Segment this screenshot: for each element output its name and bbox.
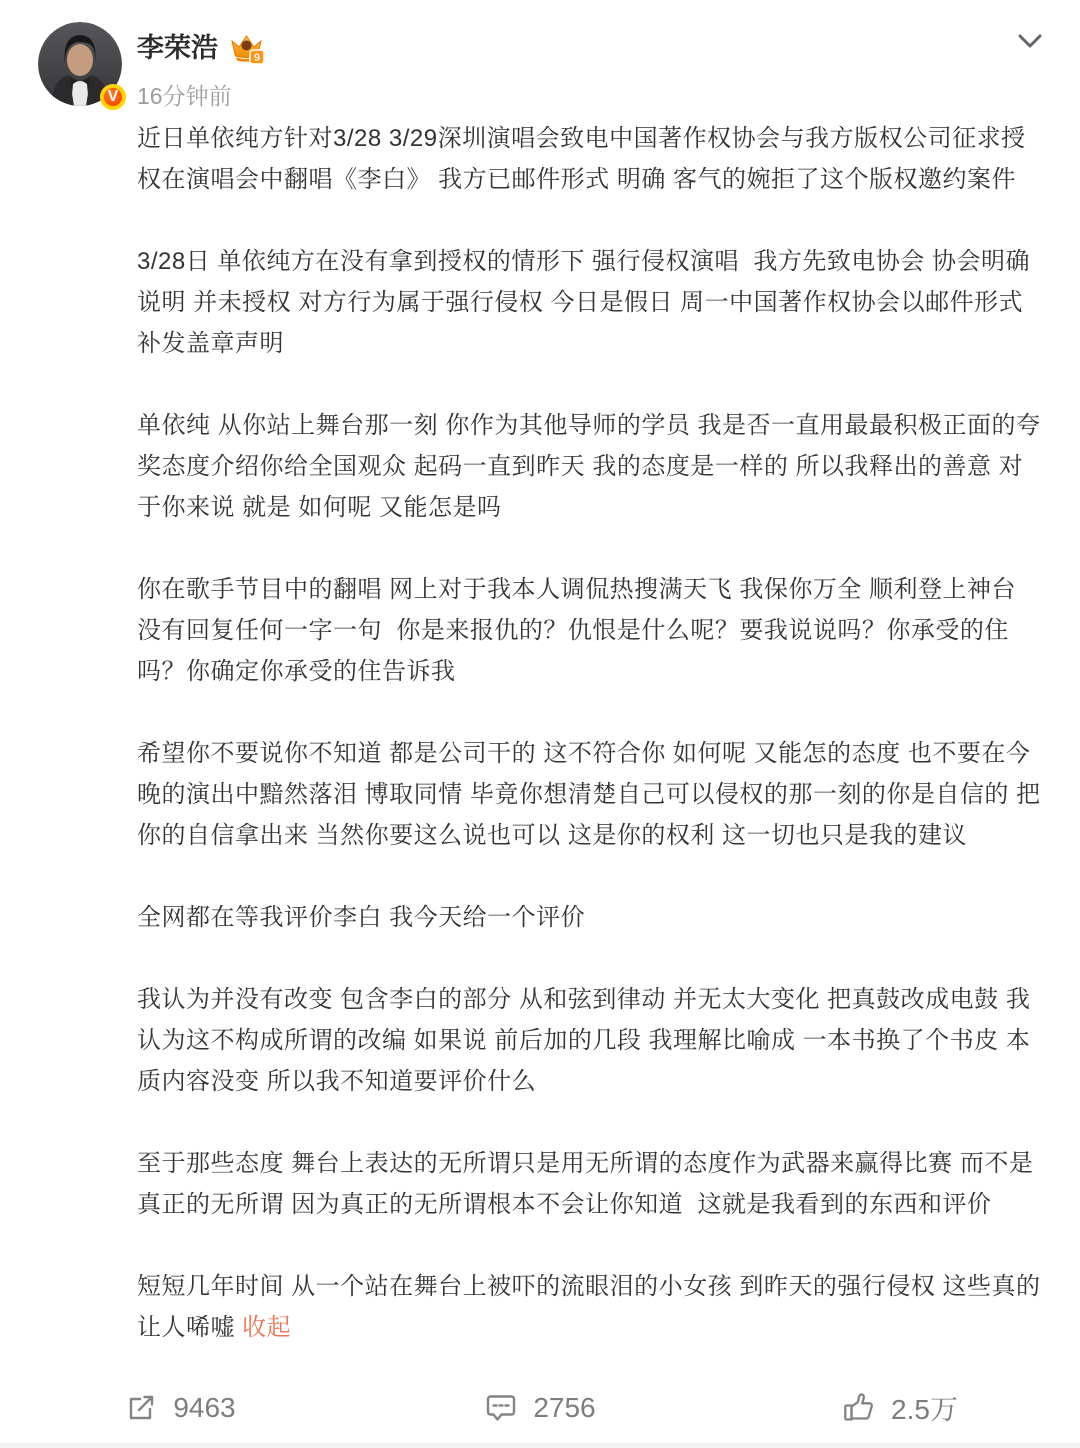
post-text: 近日单依纯方针对3/28 3/29深圳演唱会致电中国著作权协会与我方版权公司征求… xyxy=(137,118,1047,1348)
collapse-link[interactable]: 收起 xyxy=(242,1314,291,1341)
post-paragraph: 希望你不要说你不知道 都是公司干的 这不符合你 如何呢 又能怎的态度 也不要在今… xyxy=(137,733,1047,856)
avatar[interactable]: V xyxy=(38,22,122,106)
vip-level-number: 9 xyxy=(254,52,260,64)
verified-v-badge: V xyxy=(100,84,126,110)
post-paragraph: 全网都在等我评价李白 我今天给一个评价 xyxy=(137,897,1047,938)
author-name[interactable]: 李荣浩 xyxy=(137,26,218,65)
post-paragraph: 我认为并没有改变 包含李白的部分 从和弦到律动 并无太大变化 把真鼓改成电鼓 我… xyxy=(137,979,1047,1102)
comment-count: 2756 xyxy=(533,1392,595,1424)
like-button[interactable]: 2.5万 xyxy=(720,1384,1080,1432)
post-paragraph: 3/28日 单依纯方在没有拿到授权的情形下 强行侵权演唱 我方先致电协会 协会明… xyxy=(137,241,1047,364)
thumbs-up-icon xyxy=(842,1391,876,1425)
comment-bubble-icon xyxy=(484,1391,518,1425)
share-arrow-icon xyxy=(124,1391,158,1425)
post-timestamp: 16分钟前 xyxy=(137,78,266,111)
vip-crown-icon: 9 xyxy=(228,30,266,66)
card-divider xyxy=(0,1443,1080,1448)
post-header: V 李荣浩 9 xyxy=(0,0,1080,106)
action-bar: 9463 2756 2.5万 xyxy=(0,1384,1080,1432)
post-paragraph: 单依纯 从你站上舞台那一刻 你作为其他导师的学员 我是否一直用最最积极正面的夸奖… xyxy=(137,405,1047,528)
comment-button[interactable]: 2756 xyxy=(360,1384,720,1432)
repost-button[interactable]: 9463 xyxy=(0,1384,360,1432)
repost-count: 9463 xyxy=(173,1392,235,1424)
post-paragraph: 近日单依纯方针对3/28 3/29深圳演唱会致电中国著作权协会与我方版权公司征求… xyxy=(137,118,1047,200)
post-paragraph: 你在歌手节目中的翻唱 网上对于我本人调侃热搜满天飞 我保你万全 顺利登上神台 没… xyxy=(137,569,1047,692)
post-paragraph: 短短几年时间 从一个站在舞台上被吓的流眼泪的小女孩 到昨天的强行侵权 这些真的让… xyxy=(137,1266,1047,1348)
chevron-down-icon[interactable] xyxy=(1008,26,1052,58)
weibo-post-card: V 李荣浩 9 xyxy=(0,0,1080,1348)
author-info: 李荣浩 9 16分钟 xyxy=(137,26,266,111)
post-paragraph: 至于那些态度 舞台上表达的无所谓只是用无所谓的态度作为武器来赢得比赛 而不是真正… xyxy=(137,1143,1047,1225)
like-count: 2.5万 xyxy=(891,1388,958,1428)
